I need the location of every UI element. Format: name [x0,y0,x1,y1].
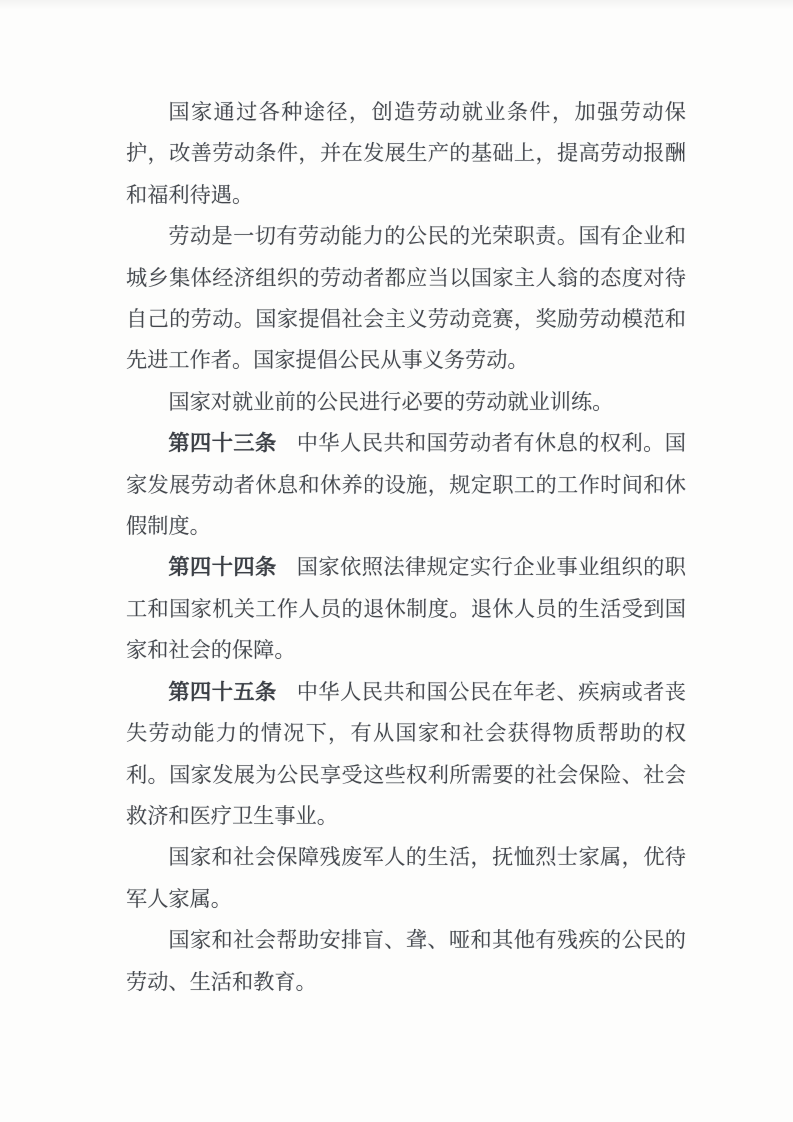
paragraph-text: 国家对就业前的公民进行必要的劳动就业训练。 [168,390,613,414]
paragraph-text: 国家和社会帮助安排盲、聋、哑和其他有残疾的公民的劳动、生活和教育。 [126,928,686,993]
text-block: 国家通过各种途径，创造劳动就业条件，加强劳动保护，改善劳动条件，并在发展生产的基… [126,92,686,1003]
article-number: 第四十五条 [168,680,276,704]
document-page: 国家通过各种途径，创造劳动就业条件，加强劳动保护，改善劳动条件，并在发展生产的基… [0,0,793,1122]
article-number: 第四十四条 [168,555,276,579]
paragraph: 国家和社会帮助安排盲、聋、哑和其他有残疾的公民的劳动、生活和教育。 [126,920,686,1003]
paragraph-article-44: 第四十四条国家依照法律规定实行企业事业组织的职工和国家机关工作人员的退休制度。退… [126,547,686,671]
paragraph-text: 劳动是一切有劳动能力的公民的光荣职责。国有企业和城乡集体经济组织的劳动者都应当以… [126,224,686,372]
paragraph: 国家对就业前的公民进行必要的劳动就业训练。 [126,382,686,423]
paragraph: 国家和社会保障残废军人的生活，抚恤烈士家属，优待军人家属。 [126,837,686,920]
paragraph-article-43: 第四十三条中华人民共和国劳动者有休息的权利。国家发展劳动者休息和休养的设施，规定… [126,423,686,547]
paragraph-text: 国家和社会保障残废军人的生活，抚恤烈士家属，优待军人家属。 [126,845,686,910]
paragraph-article-45: 第四十五条中华人民共和国公民在年老、疾病或者丧失劳动能力的情况下，有从国家和社会… [126,672,686,838]
paragraph: 劳动是一切有劳动能力的公民的光荣职责。国有企业和城乡集体经济组织的劳动者都应当以… [126,216,686,382]
paragraph-text: 国家通过各种途径，创造劳动就业条件，加强劳动保护，改善劳动条件，并在发展生产的基… [126,100,686,207]
paragraph: 国家通过各种途径，创造劳动就业条件，加强劳动保护，改善劳动条件，并在发展生产的基… [126,92,686,216]
article-number: 第四十三条 [168,431,276,455]
